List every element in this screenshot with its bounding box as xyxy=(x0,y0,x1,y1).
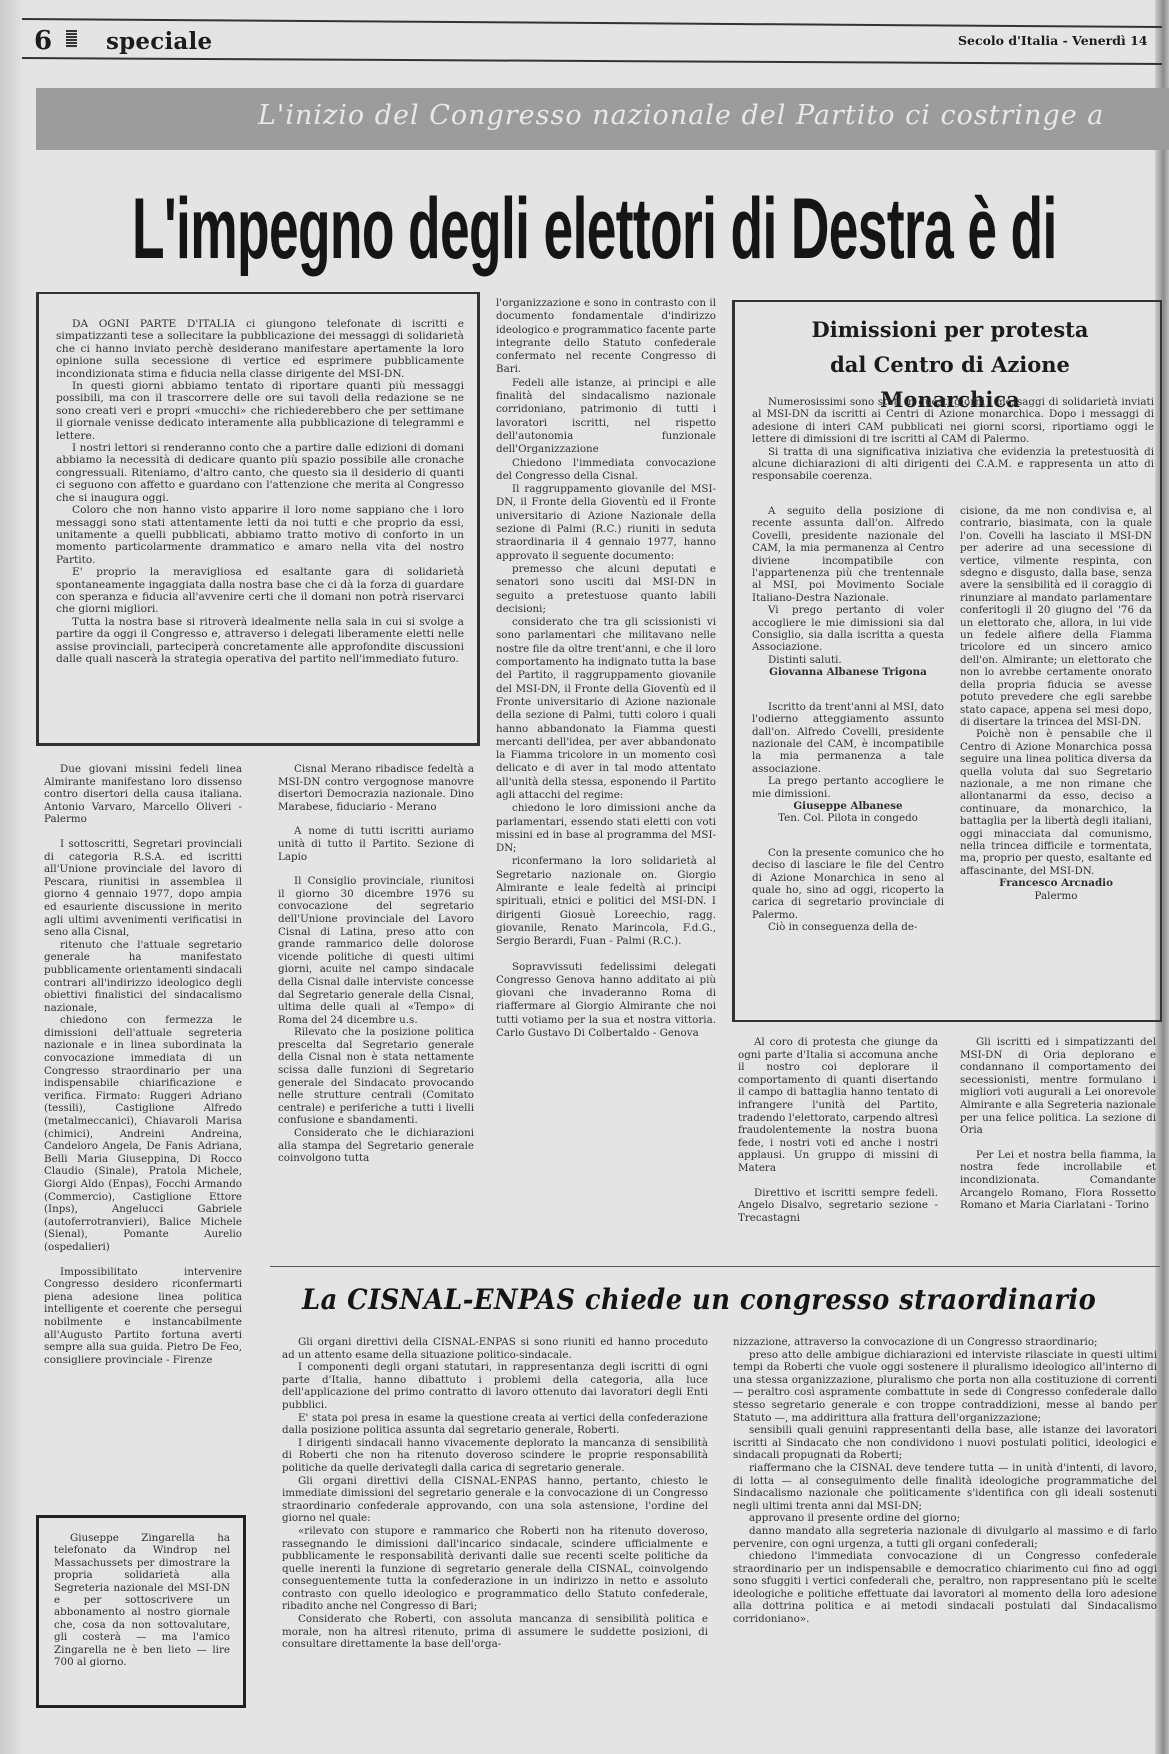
article-paragraph: riconfermano la loro solidarietà al Segr… xyxy=(496,855,716,948)
message-item: A nome di tutti iscritti auriamo unità d… xyxy=(278,825,474,863)
article-paragraph: Il raggruppamento giovanile del MSI-DN, … xyxy=(496,483,716,563)
section-divider xyxy=(270,1266,1160,1267)
cisnal-article-col-1: Gli organi direttivi della CISNAL-ENPAS … xyxy=(282,1336,708,1651)
editorial-text: DA OGNI PARTE D'ITALIA ci giungono telef… xyxy=(56,318,464,665)
signature: Francesco Arcnadio xyxy=(960,877,1152,889)
editorial-paragraph: Tutta la nostra base si ritroverà idealm… xyxy=(56,616,464,666)
message-item: Impossibilitato intervenire Congresso de… xyxy=(44,1266,242,1367)
main-headline: L'impegno degli elettori di Destra è di xyxy=(132,180,1057,279)
cisnal-article-col-2: nizzazione, attraverso la convocazione d… xyxy=(733,1336,1157,1626)
cisnal-resolution-column: l'organizzazione e sono in contrasto con… xyxy=(496,297,716,1040)
boxed-note-text: Giuseppe Zingarella ha telefonato da Win… xyxy=(54,1532,230,1668)
article-paragraph: chiedono le loro dimissioni anche da par… xyxy=(496,802,716,855)
editorial-paragraph: Coloro che non hanno visto apparire il l… xyxy=(56,504,464,566)
message-item: Il Consiglio provinciale, riunitosi il g… xyxy=(278,875,474,1026)
header-rule-bottom xyxy=(22,57,1162,65)
message-item: Per Lei et nostra bella fiamma, la nostr… xyxy=(960,1149,1156,1212)
message-item: I sottoscritti, Segretari provinciali di… xyxy=(44,838,242,939)
messages-column-left: Due giovani missini fedeli linea Almiran… xyxy=(44,763,242,1366)
header-rule-top xyxy=(22,18,1162,28)
message-item: Rilevato che la posizione politica presc… xyxy=(278,1026,474,1127)
messages-column-left-2: Cisnal Merano ribadisce fedeltà a MSI-DN… xyxy=(278,763,474,1165)
article-paragraph: considerato che tra gli scissionisti vi … xyxy=(496,616,716,802)
article-paragraph: l'organizzazione e sono in contrasto con… xyxy=(496,297,716,377)
section-marker-icon xyxy=(66,30,77,48)
messages-column-right-a: Al coro di protesta che giunge da ogni p… xyxy=(738,1036,938,1224)
editorial-paragraph: I nostri lettori si renderanno conto che… xyxy=(56,442,464,504)
article-paragraph: Chiedono l'immediata convocazione del Co… xyxy=(496,457,716,484)
editorial-paragraph: In questi giorni abbiamo tentato di ripo… xyxy=(56,380,464,442)
monarchist-intro: Numerosissimi sono stati in questi giorn… xyxy=(752,396,1154,483)
article-paragraph: Sopravvissuti fedelissimi delegati Congr… xyxy=(496,961,716,1041)
dropcap: D xyxy=(72,318,81,330)
article-paragraph: premesso che alcuni deputati e senatori … xyxy=(496,563,716,616)
signature-place: Palermo xyxy=(960,890,1152,902)
signature: Giovanna Albanese Trigona xyxy=(752,666,944,678)
kicker-band: L'inizio del Congresso nazionale del Par… xyxy=(36,88,1169,150)
message-item: Al coro di protesta che giunge da ogni p… xyxy=(738,1036,938,1175)
signature: Giuseppe Albanese xyxy=(752,800,944,812)
section-name: speciale xyxy=(106,28,212,55)
cisnal-headline: La CISNAL-ENPAS chiede un congresso stra… xyxy=(302,1283,1096,1316)
page-gutter-shadow xyxy=(0,0,22,1754)
message-item: Due giovani missini fedeli linea Almiran… xyxy=(44,763,242,826)
editorial-paragraph: DA OGNI PARTE D'ITALIA ci giungono telef… xyxy=(56,318,464,380)
message-item: Direttivo et iscritti sempre fedeli. Ang… xyxy=(738,1187,938,1225)
monarchist-letters-col-b: cisione, da me non condivisa e, al contr… xyxy=(960,505,1152,902)
message-item: chiedono con fermezza le dimissioni dell… xyxy=(44,1014,242,1253)
kicker-text: L'inizio del Congresso nazionale del Par… xyxy=(258,100,1104,131)
message-item: Cisnal Merano ribadisce fedeltà a MSI-DN… xyxy=(278,763,474,813)
masthead-date: Secolo d'Italia - Venerdì 14 xyxy=(958,33,1148,48)
editorial-paragraph: E' proprio la meravigliosa ed esaltante … xyxy=(56,566,464,616)
article-paragraph: Fedeli alle istanze, ai principi e alle … xyxy=(496,377,716,457)
page-number: 6 xyxy=(34,26,52,56)
message-item: Considerato che le dichiarazioni alla st… xyxy=(278,1127,474,1165)
messages-column-right-b: Gli iscritti ed i simpatizzanti del MSI-… xyxy=(960,1036,1156,1212)
message-item: ritenuto che l'attuale segretario genera… xyxy=(44,939,242,1015)
message-item: Gli iscritti ed i simpatizzanti del MSI-… xyxy=(960,1036,1156,1137)
signature-title: Ten. Col. Pilota in congedo xyxy=(752,812,944,824)
monarchist-letters-col-a: A seguito della posizione di recente ass… xyxy=(752,505,944,934)
